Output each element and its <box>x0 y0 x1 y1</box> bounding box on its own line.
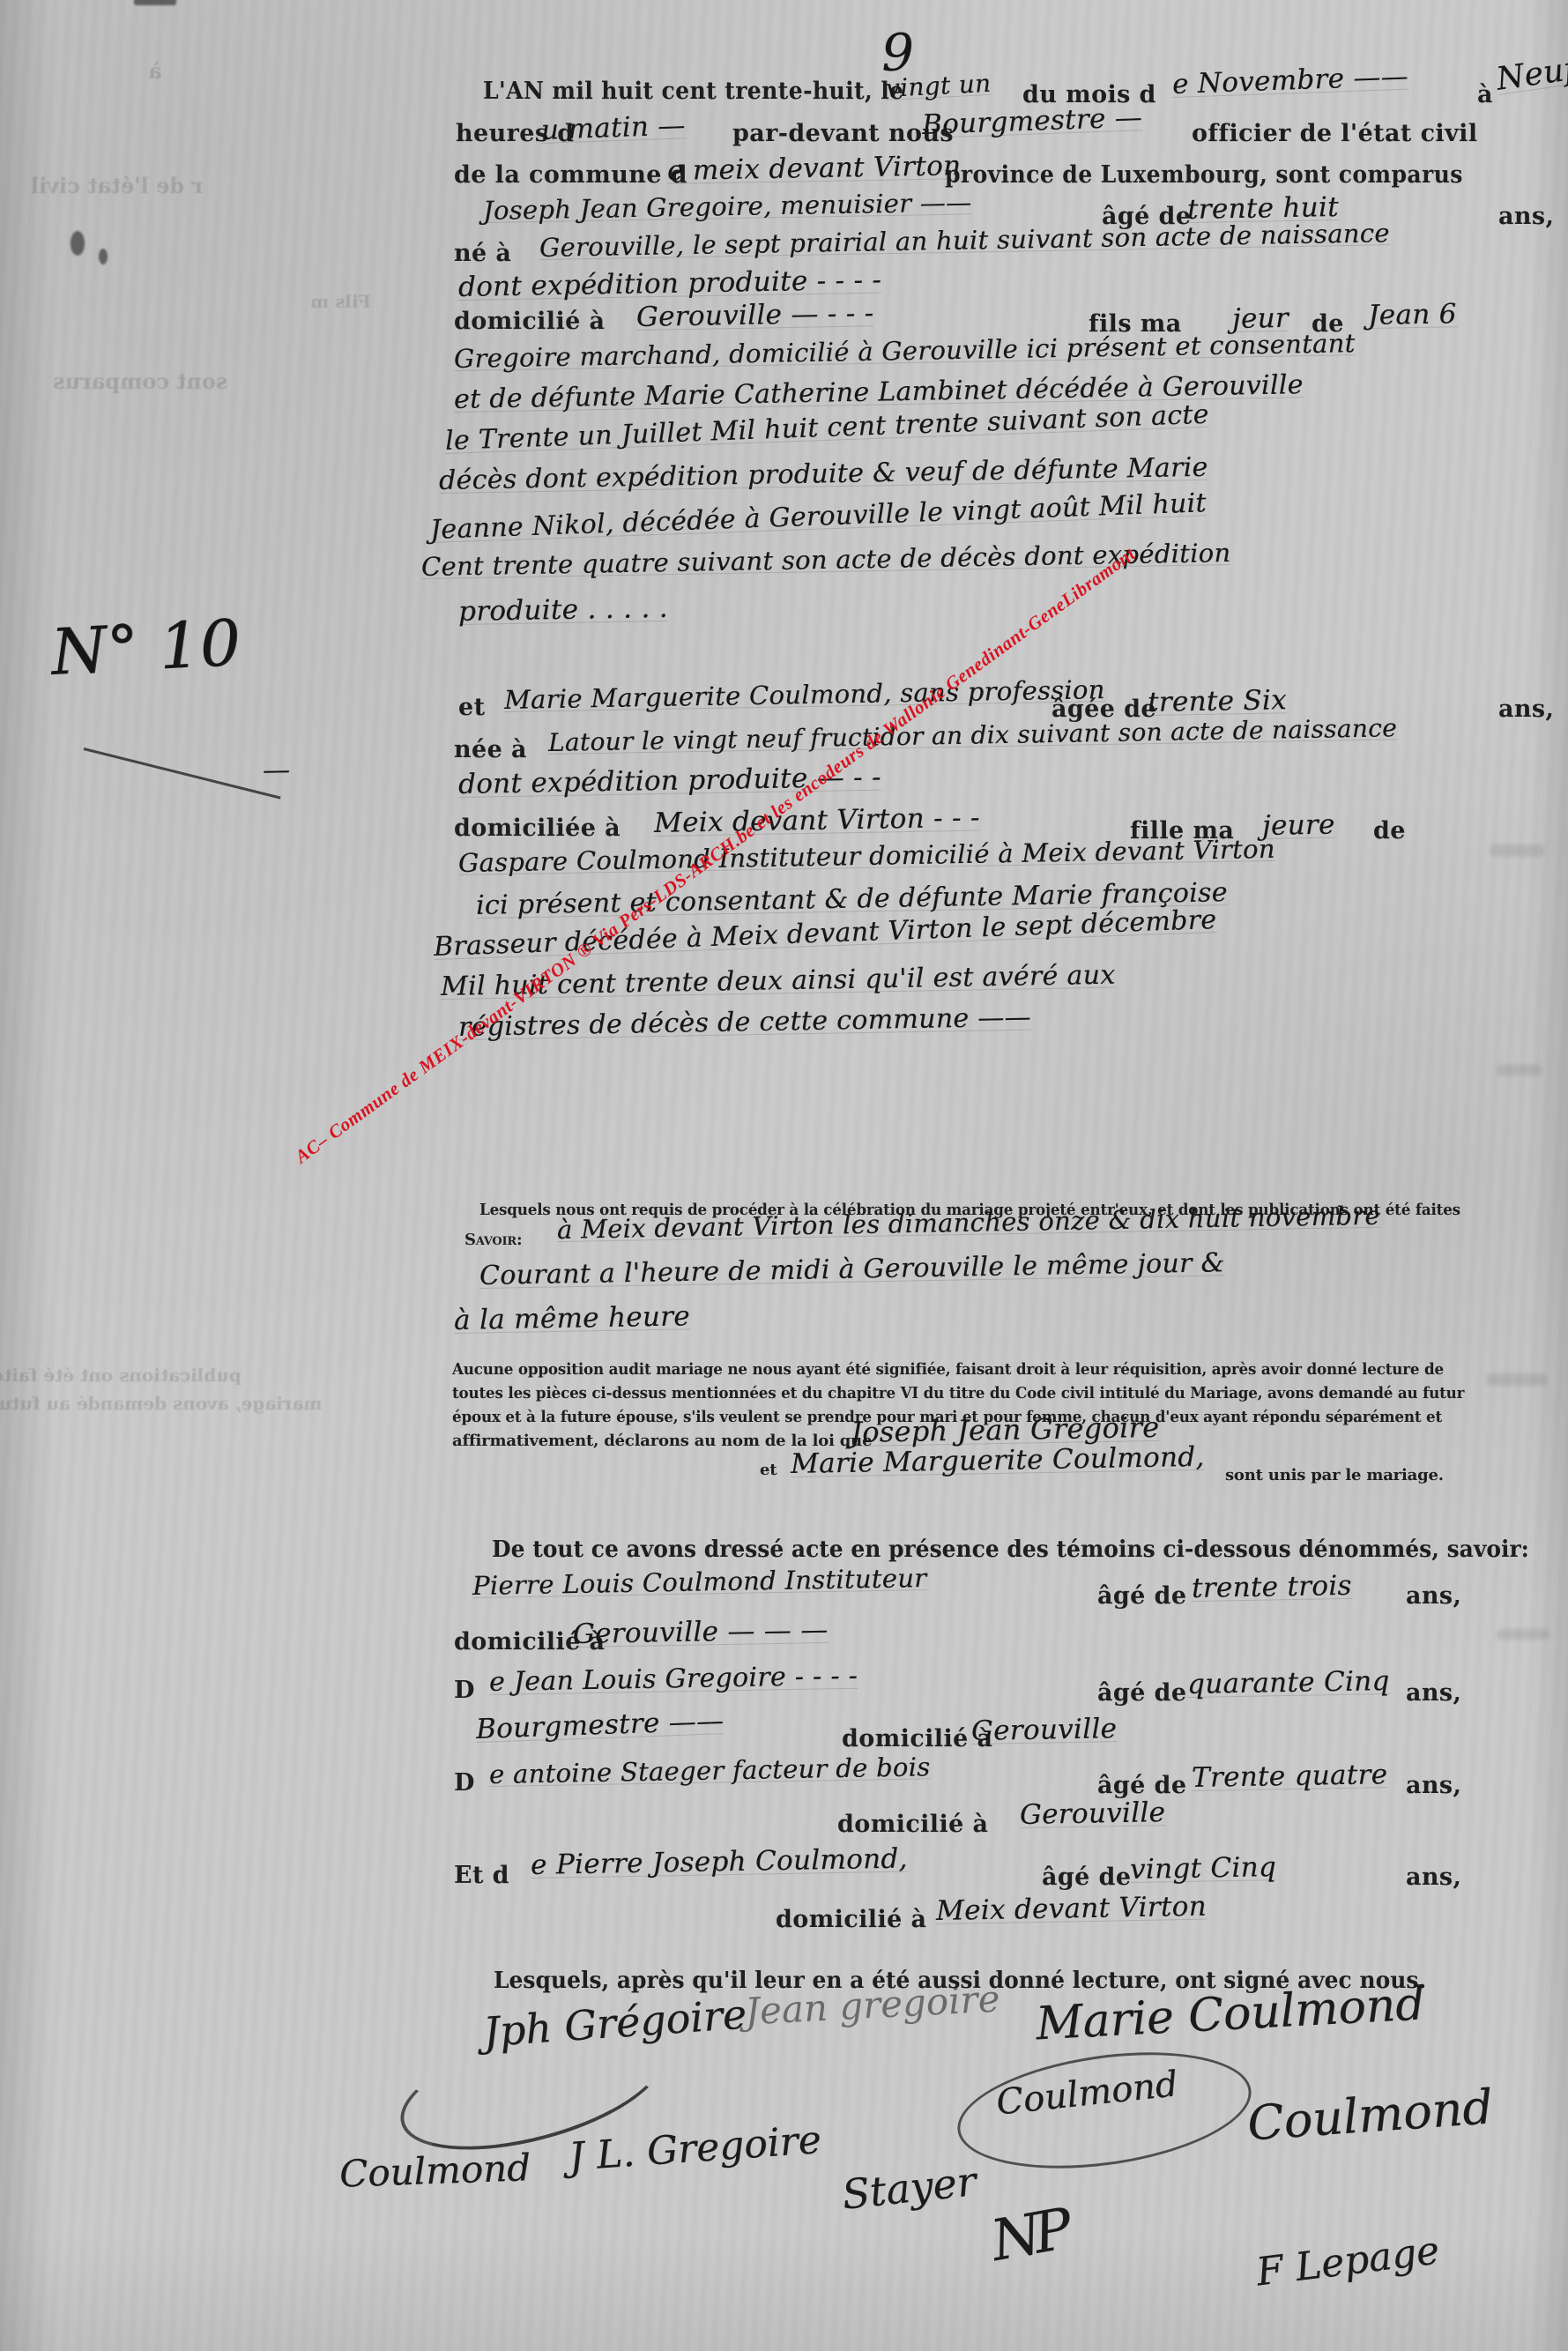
handwritten-entry: Latour le vingt neuf fructidor an dix su… <box>548 713 1397 757</box>
printed-text: né à <box>454 240 511 267</box>
handwritten-entry: trente trois <box>1192 1570 1352 1604</box>
printed-text: ans, <box>1406 1582 1461 1610</box>
handwritten-entry: Marie Marguerite Coulmond, sans professi… <box>504 674 1105 715</box>
handwritten-entry: Gerouville — - - - <box>636 297 874 333</box>
handwritten-entry: Gerouville <box>1020 1797 1166 1831</box>
ink-smudge <box>71 231 85 256</box>
handwritten-entry: Courant a l'heure de midi à Gerouville l… <box>479 1247 1225 1291</box>
handwritten-entry: décès dont expédition produite & veuf de… <box>439 452 1208 496</box>
printed-text: âgé de <box>1097 1772 1186 1799</box>
printed-text: De tout ce avons dressé acte en présence… <box>492 1536 1529 1563</box>
printed-text: âgé de <box>1097 1679 1186 1707</box>
signature: F Lepage <box>1254 2228 1442 2295</box>
printed-text: domiciliée à <box>454 815 621 842</box>
handwritten-entry: Gerouville <box>971 1713 1118 1747</box>
bleed-smear <box>1486 1373 1548 1386</box>
handwritten-entry: Neuf <box>1494 51 1568 98</box>
handwritten-entry: Gerouville — — — <box>573 1614 829 1650</box>
handwritten-entry: Jeanne Nikol, décédée à Gerouville le vi… <box>429 487 1207 546</box>
handwritten-entry: dont expédition produite - - - - <box>458 264 882 303</box>
printed-text: province de Luxembourg, sont comparus <box>945 161 1463 189</box>
handwritten-entry: à la même heure <box>454 1300 690 1336</box>
bleed-fragment: à <box>148 58 162 84</box>
handwritten-entry: Bourgmestre —— <box>475 1705 724 1745</box>
handwritten-entry: Meix devant Virton <box>936 1891 1207 1927</box>
signature: Coulmond <box>1245 2079 1495 2151</box>
printed-text: toutes les pièces ci-dessus mentionnées … <box>452 1384 1464 1402</box>
handwritten-entry: quarante Cinq <box>1187 1665 1390 1700</box>
bleed-fragment: r de l'état civil <box>31 173 203 198</box>
signature: Stayer <box>840 2157 978 2219</box>
handwritten-entry: Joseph Jean Gregoire, menuisier —— <box>483 187 972 226</box>
bleed-smear <box>1497 1065 1542 1075</box>
printed-text: ans, <box>1498 696 1554 723</box>
handwritten-entry: Trente quatre <box>1192 1759 1388 1794</box>
scan-edge-mark <box>134 0 176 5</box>
handwritten-entry: e Jean Louis Gregoire - - - - <box>489 1661 858 1698</box>
printed-text: Aucune opposition audit mariage ne nous … <box>452 1360 1444 1379</box>
printed-text: domicilié à <box>776 1906 926 1933</box>
printed-text: Et d <box>454 1862 509 1889</box>
printed-text: domicilié à <box>842 1725 992 1752</box>
handwritten-entry: Bourgmestre — <box>921 101 1142 141</box>
handwritten-entry: u matin — <box>540 109 686 146</box>
printed-text: ans, <box>1406 1679 1461 1707</box>
handwritten-entry: e Novembre —— <box>1171 61 1408 100</box>
printed-text: L'AN mil huit cent trente-huit, le <box>483 78 904 105</box>
printed-text: à <box>1477 81 1493 108</box>
printed-text: ans, <box>1406 1864 1461 1891</box>
printed-text: ans, <box>1406 1772 1461 1799</box>
printed-text: et <box>458 694 485 721</box>
bleed-smear <box>1497 1629 1549 1640</box>
printed-text: domicilié à <box>454 308 605 335</box>
handwritten-entry: e meix devant Virton <box>667 150 962 187</box>
handwritten-entry: Pierre Louis Coulmond Instituteur <box>472 1563 927 1601</box>
printed-text: âgé de <box>1042 1864 1131 1891</box>
handwritten-entry: vingt un <box>885 69 992 103</box>
handwritten-entry: régistres de décès de cette commune —— <box>458 1002 1031 1043</box>
bleed-fragment: mariage, avons demandé au futur <box>0 1393 323 1414</box>
marriage-act-scan: à r de l'état civil sont comparus Fils m… <box>0 0 1568 2351</box>
handwritten-entry: vingt Cinq <box>1130 1851 1277 1886</box>
printed-text: officier de l'état civil <box>1192 120 1478 147</box>
handwritten-entry: Marie Marguerite Coulmond, <box>791 1441 1205 1480</box>
bleed-fragment: publications ont été faites <box>0 1365 242 1386</box>
printed-text: par-devant nous <box>732 120 954 147</box>
bleed-smear <box>1490 844 1544 857</box>
printed-text: âgé de <box>1097 1582 1186 1610</box>
handwritten-entry: e Pierre Joseph Coulmond, <box>531 1843 908 1881</box>
ink-smudge <box>99 249 108 264</box>
printed-text: D <box>454 1677 475 1704</box>
printed-text: ans, <box>1498 203 1554 230</box>
printed-text: sont unis par le mariage. <box>1225 1466 1444 1484</box>
handwritten-entry: trente Six <box>1148 684 1287 718</box>
printed-text: et <box>760 1461 777 1479</box>
printed-text: Savoir: <box>464 1231 522 1249</box>
handwritten-entry: e antoine Staeger facteur de bois <box>489 1752 931 1789</box>
printed-text: D <box>454 1769 475 1797</box>
handwritten-entry: Jean 6 <box>1368 298 1457 331</box>
signature: J L. Gregoire <box>568 2117 823 2180</box>
margin-flourish-line <box>84 748 281 800</box>
bleed-fragment: sont comparus <box>53 368 227 394</box>
printed-text: née à <box>454 736 527 763</box>
handwritten-entry: produite . . . . . <box>458 592 668 628</box>
signature-paraph: N P <box>986 2198 1065 2274</box>
printed-text: de <box>1373 817 1406 844</box>
printed-text: domicilié à <box>837 1811 988 1838</box>
bleed-fragment: Fils m <box>310 291 371 312</box>
act-number: N° 10 <box>49 606 242 689</box>
handwritten-entry: Meix devant Virton - - - <box>654 802 980 839</box>
margin-dash: — <box>263 754 291 786</box>
signature: Coulmond <box>338 2146 531 2196</box>
handwritten-entry: Gerouville, le sept prairial an huit sui… <box>539 218 1390 263</box>
printed-text: de la commune d <box>454 161 687 189</box>
